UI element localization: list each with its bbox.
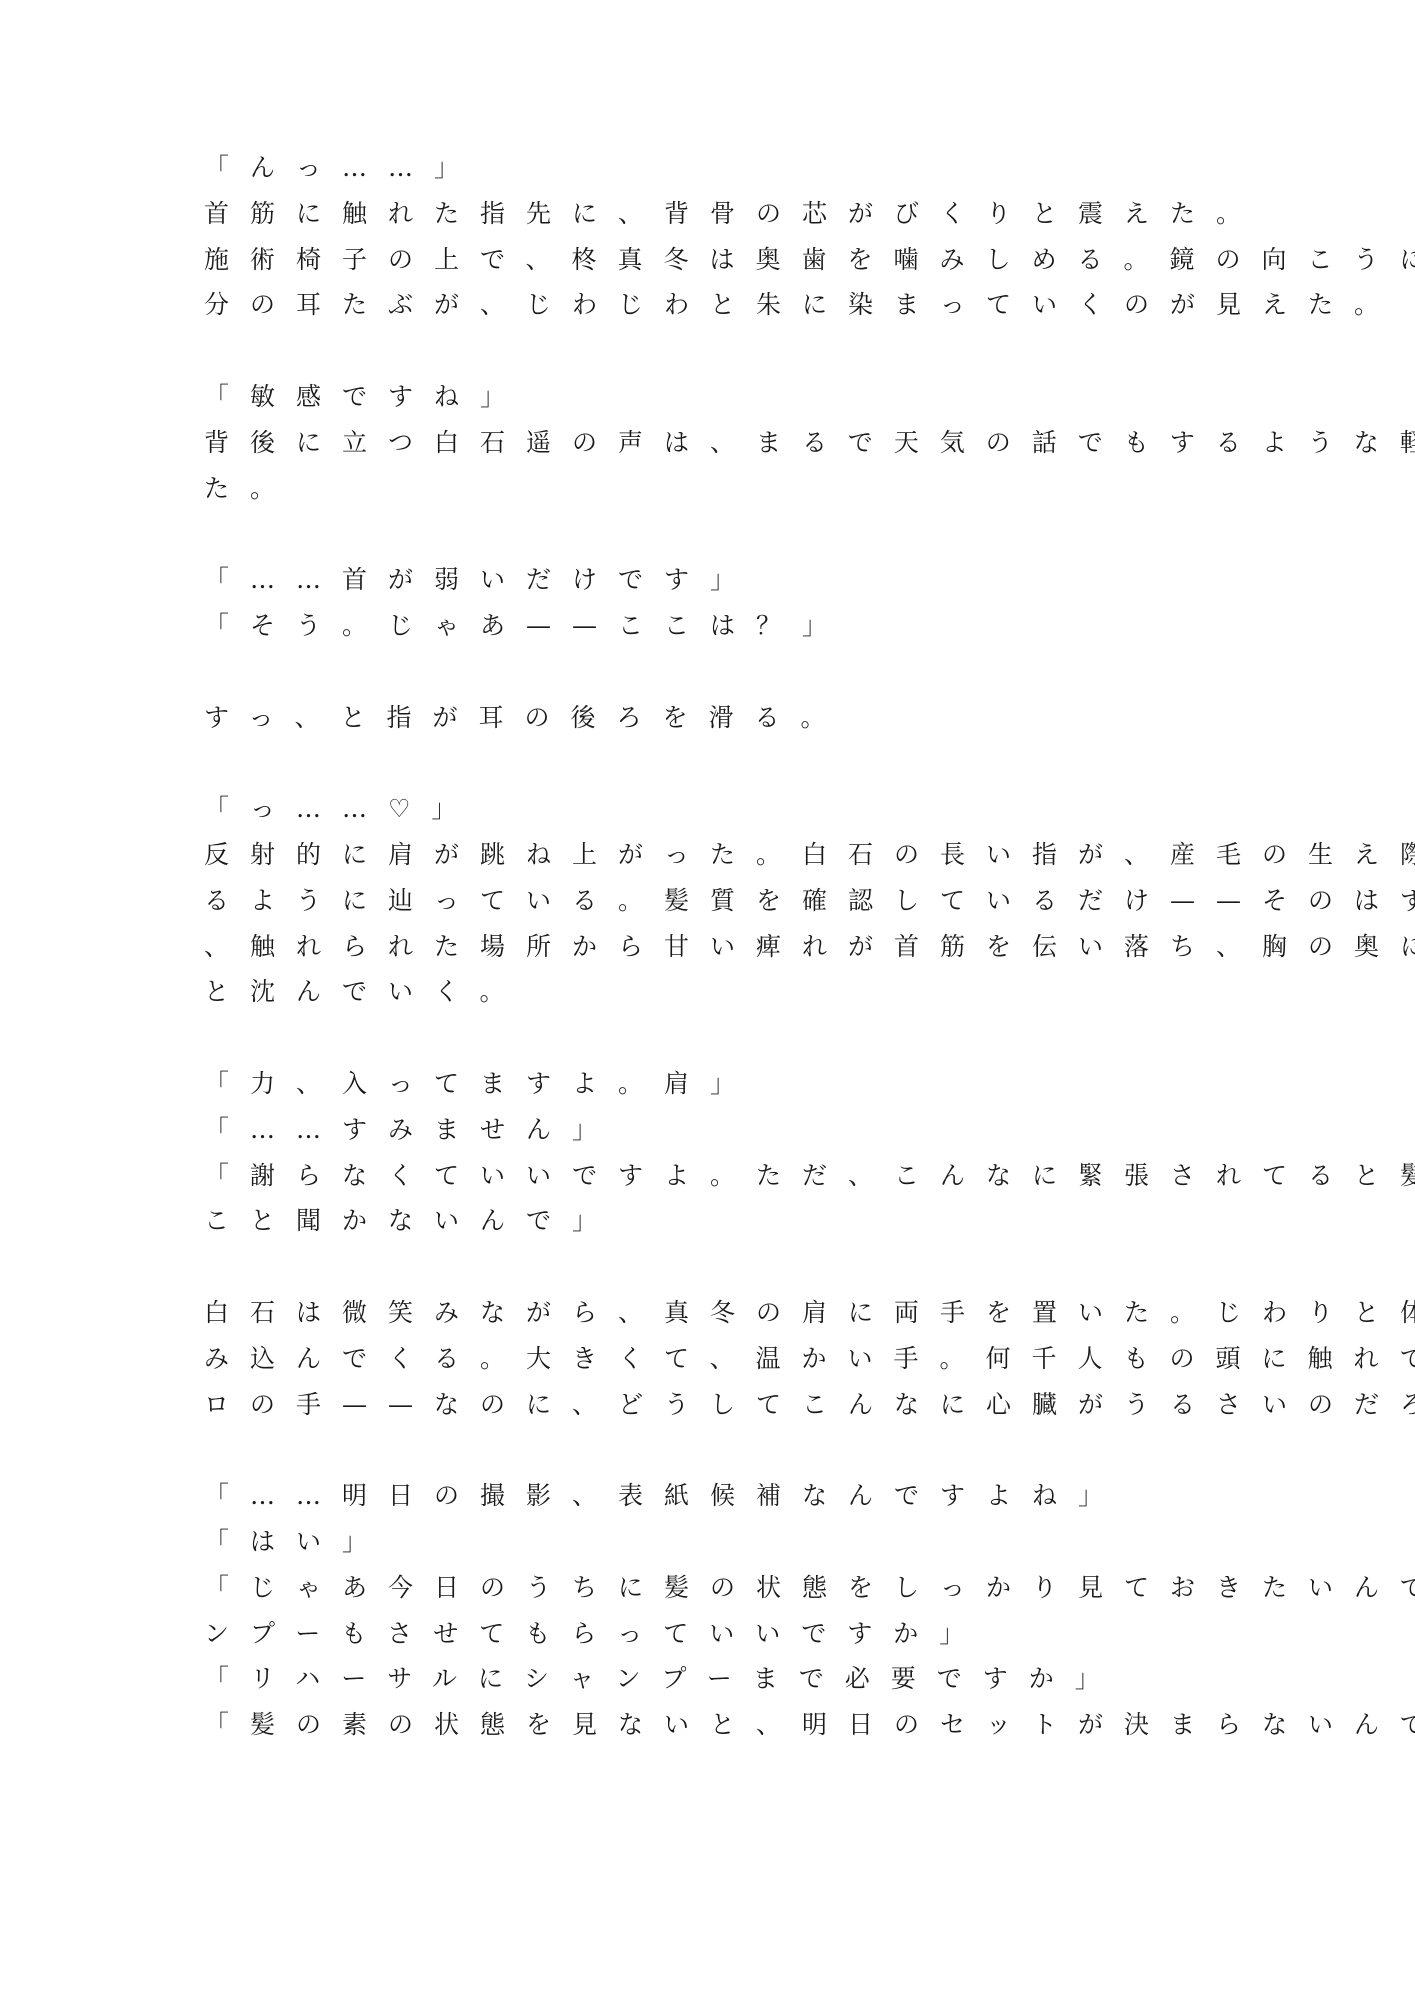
dialogue-line: 「そう。じゃあ——ここは？」 (204, 603, 1194, 649)
narration-line: るように辿っている。髪質を確認しているだけ——そのはずなのに (204, 878, 1194, 924)
dialogue-line: 「んっ……」 (204, 145, 1194, 191)
narration-line: 施術椅子の上で、柊真冬は奥歯を噛みしめる。鏡の向こうに映る自 (204, 237, 1194, 283)
narration-line: 分の耳たぶが、じわじわと朱に染まっていくのが見えた。 (204, 282, 1194, 328)
narration-line: 背後に立つ白石遥の声は、まるで天気の話でもするような軽さだっ (204, 420, 1194, 466)
dialogue-line: 「リハーサルにシャンプーまで必要ですか」 (204, 1656, 1194, 1702)
dialogue-line: 「……明日の撮影、表紙候補なんですよね」 (204, 1473, 1194, 1519)
narration-line: み込んでくる。大きくて、温かい手。何千人もの頭に触れてきたプ (204, 1336, 1194, 1382)
novel-page-body: 「んっ……」 首筋に触れた指先に、背骨の芯がびくりと震えた。 施術椅子の上で、柊… (204, 145, 1194, 1748)
blank-line (204, 649, 1194, 695)
blank-line (204, 740, 1194, 786)
dialogue-line: 「髪の素の状態を見ないと、明日のセットが決まらないんですよ」 (204, 1702, 1194, 1748)
narration-line: 反射的に肩が跳ね上がった。白石の長い指が、産毛の生え際をなぞ (204, 832, 1194, 878)
dialogue-line: 「……首が弱いだけです」 (204, 557, 1194, 603)
narration-line: 首筋に触れた指先に、背骨の芯がびくりと震えた。 (204, 191, 1194, 237)
dialogue-line: 「じゃあ今日のうちに髪の状態をしっかり見ておきたいんで、シャ (204, 1565, 1194, 1611)
blank-line (204, 1244, 1194, 1290)
dialogue-line: 「……すみません」 (204, 1107, 1194, 1153)
narration-line: と沈んでいく。 (204, 969, 1194, 1015)
dialogue-line: 「はい」 (204, 1519, 1194, 1565)
narration-line: た。 (204, 466, 1194, 512)
dialogue-line: 「謝らなくていいですよ。ただ、こんなに緊張されてると髪が言う (204, 1153, 1194, 1199)
narration-line: 、触れられた場所から甘い痺れが首筋を伝い落ち、胸の奥にじわり (204, 924, 1194, 970)
blank-line (204, 1427, 1194, 1473)
dialogue-line: 「敏感ですね」 (204, 374, 1194, 420)
blank-line (204, 328, 1194, 374)
dialogue-line: 「っ……♡」 (204, 786, 1194, 832)
dialogue-line: こと聞かないんで」 (204, 1198, 1194, 1244)
narration-line: ロの手——なのに、どうしてこんなに心臓がうるさいのだろう。 (204, 1382, 1194, 1428)
blank-line (204, 1015, 1194, 1061)
narration-line: すっ、と指が耳の後ろを滑る。 (204, 695, 1194, 741)
blank-line (204, 511, 1194, 557)
narration-line: 白石は微笑みながら、真冬の肩に両手を置いた。じわりと体温が染 (204, 1290, 1194, 1336)
dialogue-line: 「力、入ってますよ。肩」 (204, 1061, 1194, 1107)
dialogue-line: ンプーもさせてもらっていいですか」 (204, 1611, 1194, 1657)
